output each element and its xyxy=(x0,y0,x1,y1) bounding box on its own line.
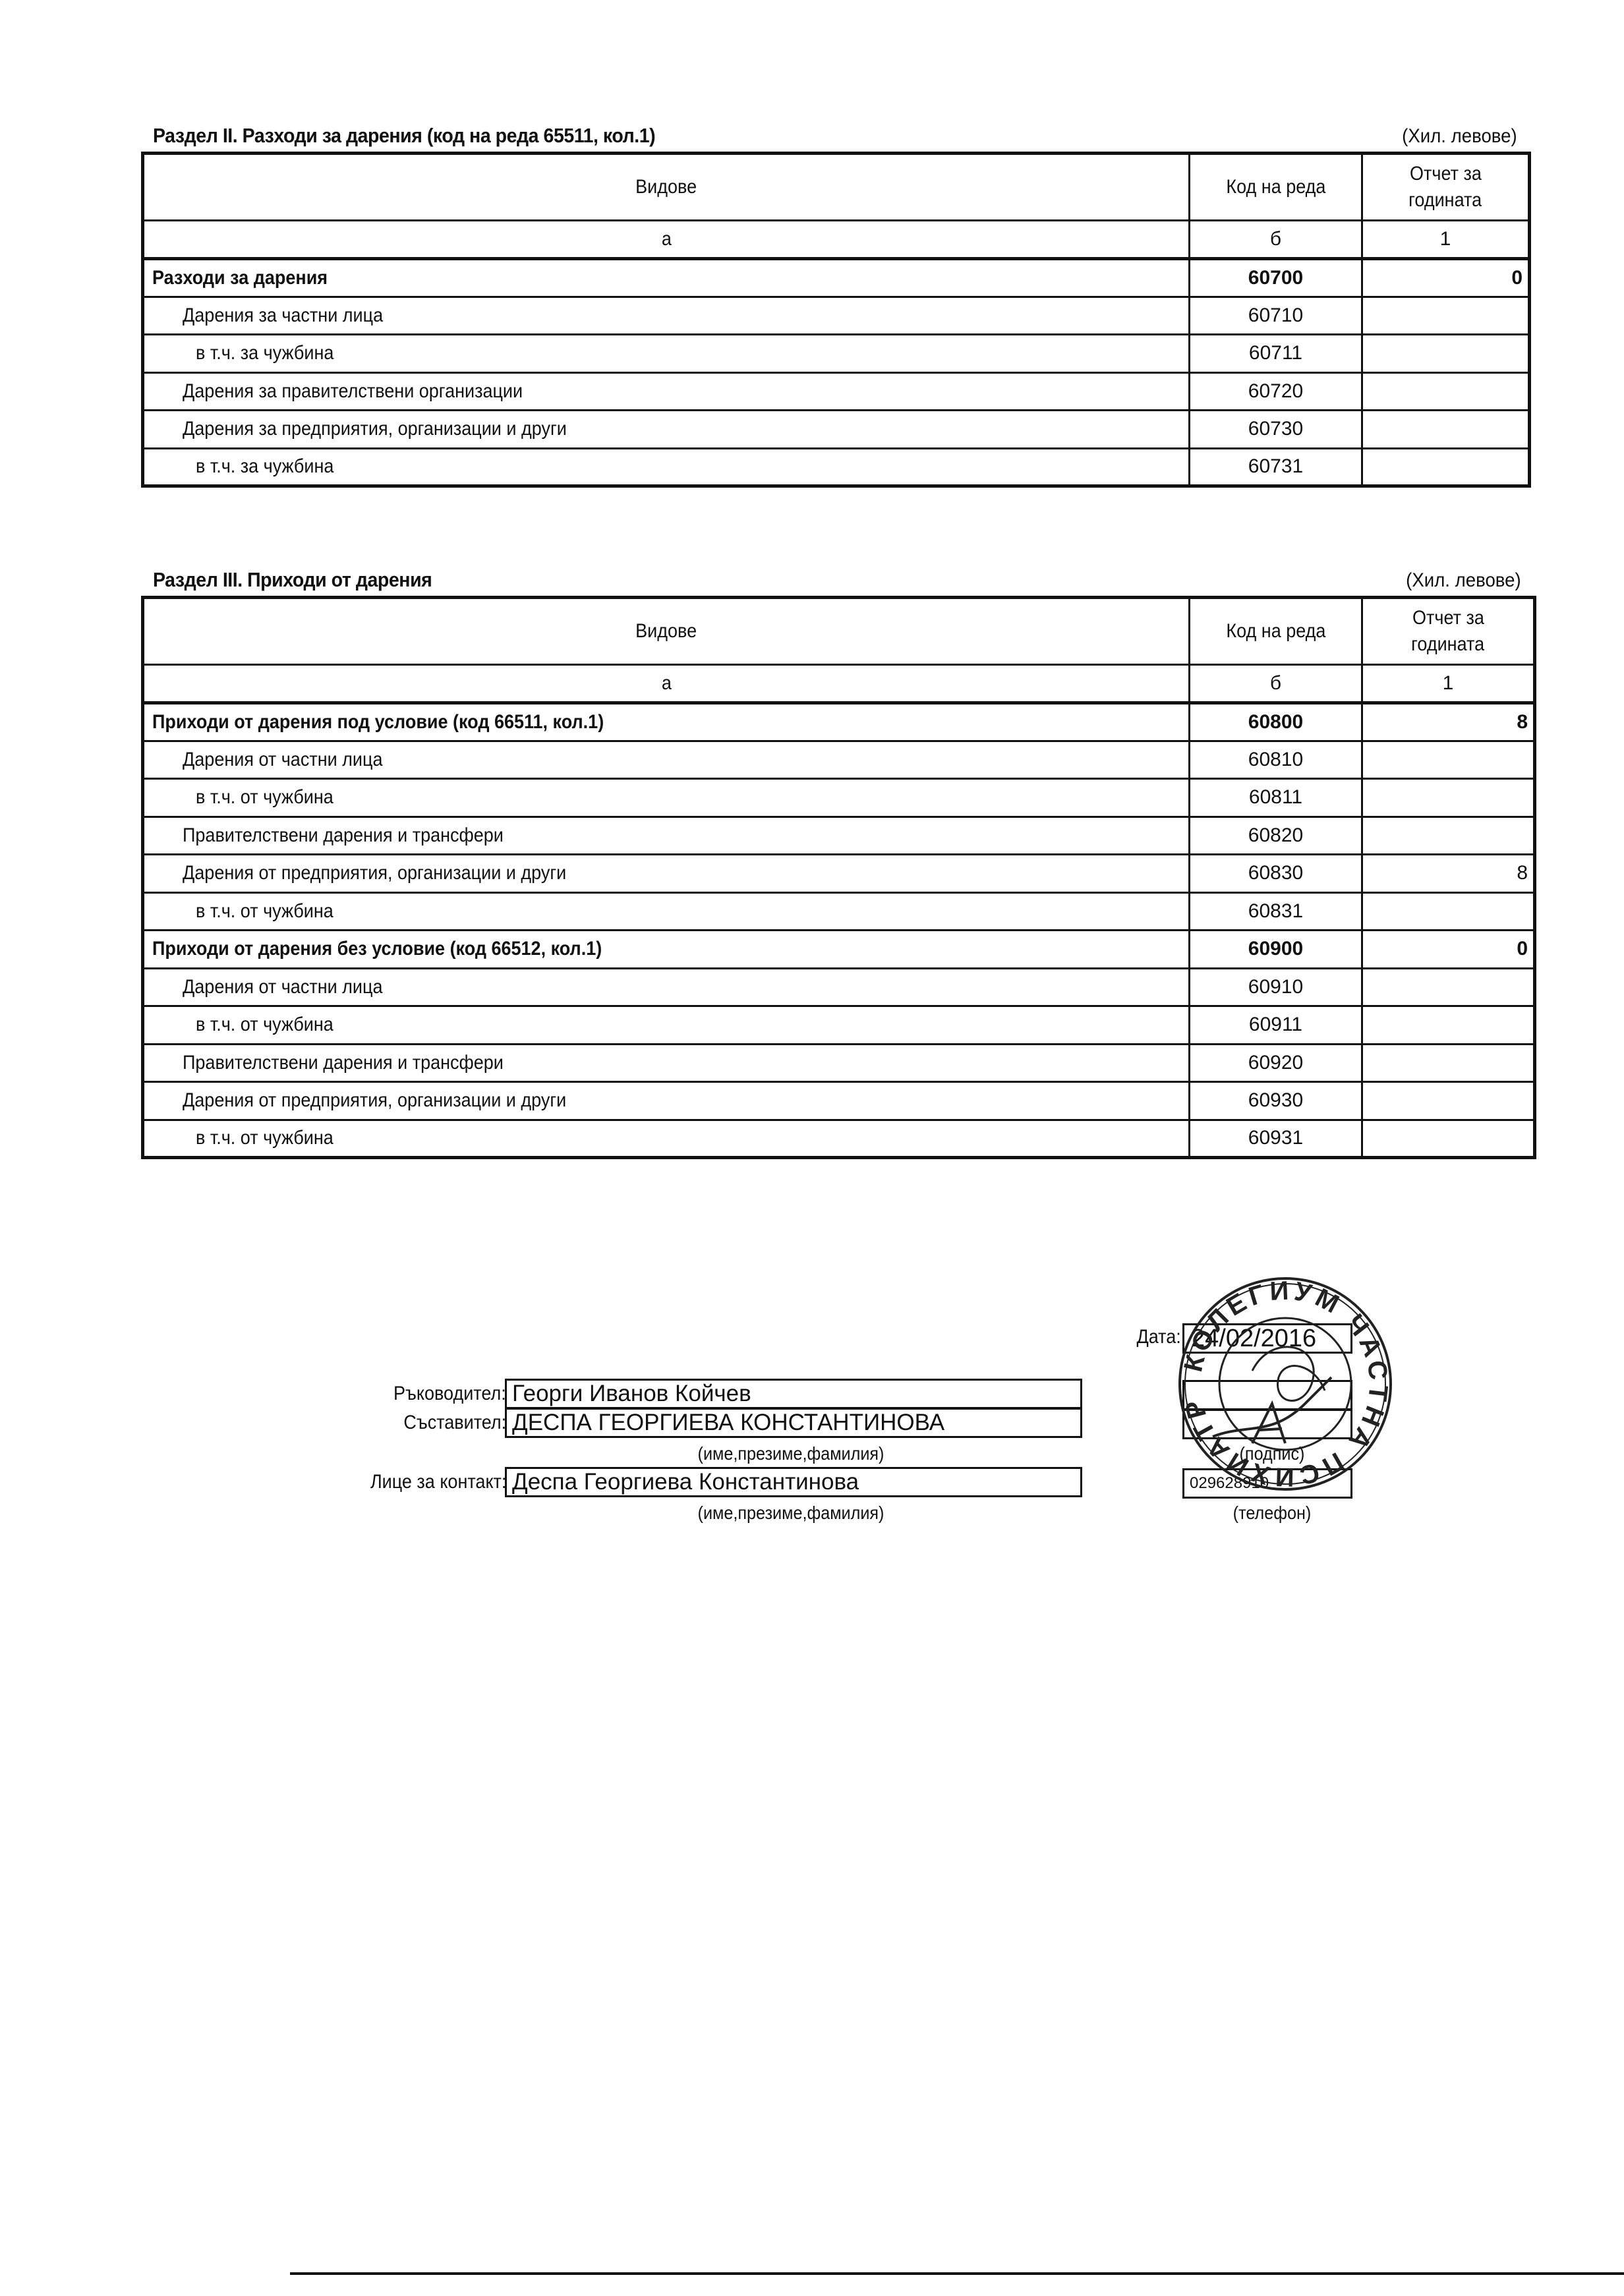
bottom-divider xyxy=(290,2272,1624,2275)
table-row: в т.ч. от чужбина 60831 xyxy=(143,892,1535,931)
row-value xyxy=(1362,1082,1535,1120)
table-row: Дарения от частни лица 60810 xyxy=(143,741,1535,779)
phone-field[interactable]: 029628910 xyxy=(1182,1468,1352,1499)
row-value: 0 xyxy=(1362,259,1530,297)
row-code: 60711 xyxy=(1190,335,1362,373)
row-name: в т.ч. от чужбина xyxy=(196,900,333,923)
row-value: 8 xyxy=(1362,703,1535,741)
row-name: в т.ч. за чужбина xyxy=(196,455,333,478)
column-header-row-code: Код на реда xyxy=(1190,154,1362,221)
manager-field[interactable]: Георги Иванов Койчев xyxy=(505,1379,1082,1409)
row-value: 8 xyxy=(1362,855,1535,893)
table-row: в т.ч. за чужбина 60711 xyxy=(143,335,1530,373)
compiler-field[interactable]: ДЕСПА ГЕОРГИЕВА КОНСТАНТИНОВА xyxy=(505,1408,1082,1438)
column-header-year-report: Отчет загодината xyxy=(1362,598,1535,665)
table-row: Приходи от дарения без условие (код 6651… xyxy=(143,931,1535,969)
row-name: Дарения от частни лица xyxy=(183,976,383,998)
table-row: Правителствени дарения и трансфери 60920 xyxy=(143,1044,1535,1082)
row-value xyxy=(1362,411,1530,449)
row-code: 60831 xyxy=(1190,892,1362,931)
column-header-types: Видове xyxy=(143,598,1190,665)
signature-field-lower[interactable] xyxy=(1182,1409,1352,1439)
section-2-title: Раздел II. Разходи за дарения (код на ре… xyxy=(153,124,655,148)
row-value xyxy=(1362,892,1535,931)
row-value: 0 xyxy=(1362,931,1535,969)
row-code: 60810 xyxy=(1190,741,1362,779)
row-code: 60931 xyxy=(1190,1120,1362,1158)
row-name: Приходи от дарения без условие (код 6651… xyxy=(152,938,602,960)
index-cell-a: а xyxy=(143,221,1190,259)
column-index-row: а б 1 xyxy=(143,221,1530,259)
row-code: 60910 xyxy=(1190,968,1362,1006)
row-value xyxy=(1362,448,1530,486)
column-header-year-report: Отчет загодината xyxy=(1362,154,1530,221)
table-row: Разходи за дарения 60700 0 xyxy=(143,259,1530,297)
row-value xyxy=(1362,1120,1535,1158)
date-field[interactable]: 24/02/2016 xyxy=(1182,1323,1352,1354)
contact-label: Лице за контакт: xyxy=(370,1471,506,1493)
column-header-types: Видове xyxy=(143,154,1190,221)
table-row: в т.ч. от чужбина 60931 xyxy=(143,1120,1535,1158)
row-name: в т.ч. от чужбина xyxy=(196,786,333,809)
row-code: 60710 xyxy=(1190,297,1362,335)
index-cell-b: б xyxy=(1190,221,1362,259)
row-code: 60800 xyxy=(1190,703,1362,741)
table-header-row: Видове Код на реда Отчет загодината xyxy=(143,154,1530,221)
row-code: 60911 xyxy=(1190,1006,1362,1045)
table-row: Дарения за частни лица 60710 xyxy=(143,297,1530,335)
row-value xyxy=(1362,1044,1535,1082)
row-name: Дарения за частни лица xyxy=(183,304,383,327)
row-code: 60930 xyxy=(1190,1082,1362,1120)
contact-person-field[interactable]: Деспа Георгиева Константинова xyxy=(505,1467,1082,1497)
table-row: Дарения от предприятия, организации и др… xyxy=(143,855,1535,893)
row-code: 60900 xyxy=(1190,931,1362,969)
row-value xyxy=(1362,817,1535,855)
row-name: в т.ч. от чужбина xyxy=(196,1127,333,1149)
table-row: в т.ч. от чужбина 60911 xyxy=(143,1006,1535,1045)
index-cell-1: 1 xyxy=(1362,665,1535,703)
row-code: 60700 xyxy=(1190,259,1362,297)
row-name: Приходи от дарения под условие (код 6651… xyxy=(152,711,604,733)
row-value xyxy=(1362,741,1535,779)
table-row: Дарения от частни лица 60910 xyxy=(143,968,1535,1006)
row-name: Дарения за правителствени организации xyxy=(183,380,523,403)
section-2-unit-label: (Хил. левове) xyxy=(1402,125,1517,148)
row-code: 60731 xyxy=(1190,448,1362,486)
index-cell-1: 1 xyxy=(1362,221,1530,259)
table-row: Дарения от предприятия, организации и др… xyxy=(143,1082,1535,1120)
row-value xyxy=(1362,968,1535,1006)
phone-caption: (телефон) xyxy=(1225,1503,1319,1524)
row-name: Дарения от частни лица xyxy=(183,749,383,771)
row-name: Правителствени дарения и трансфери xyxy=(183,1052,504,1074)
manager-label: Ръководител: xyxy=(393,1383,506,1405)
row-name: в т.ч. от чужбина xyxy=(196,1014,333,1036)
row-name: Дарения от предприятия, организации и др… xyxy=(183,862,566,884)
column-index-row: а б 1 xyxy=(143,665,1535,703)
section-3-title: Раздел III. Приходи от дарения xyxy=(153,568,432,592)
row-name: в т.ч. за чужбина xyxy=(196,342,333,364)
row-value xyxy=(1362,779,1535,817)
signature-caption: (подпис) xyxy=(1225,1443,1319,1464)
index-cell-a: а xyxy=(143,665,1190,703)
compiler-name-caption: (име,презиме,фамилия) xyxy=(672,1443,910,1464)
row-code: 60830 xyxy=(1190,855,1362,893)
row-value xyxy=(1362,297,1530,335)
row-name: Дарения от предприятия, организации и др… xyxy=(183,1089,566,1112)
table-row: Дарения за правителствени организации 60… xyxy=(143,372,1530,411)
section-3-table: Видове Код на реда Отчет загодината а б … xyxy=(141,596,1536,1159)
row-name: Разходи за дарения xyxy=(152,267,328,289)
row-code: 60920 xyxy=(1190,1044,1362,1082)
compiler-label: Съставител: xyxy=(403,1412,506,1434)
row-name: Дарения за предприятия, организации и др… xyxy=(183,418,567,440)
table-row: в т.ч. за чужбина 60731 xyxy=(143,448,1530,486)
row-name: Правителствени дарения и трансфери xyxy=(183,824,504,847)
table-row: в т.ч. от чужбина 60811 xyxy=(143,779,1535,817)
row-code: 60720 xyxy=(1190,372,1362,411)
table-row: Правителствени дарения и трансфери 60820 xyxy=(143,817,1535,855)
table-row: Дарения за предприятия, организации и др… xyxy=(143,411,1530,449)
date-label: Дата: xyxy=(1137,1326,1181,1348)
column-header-row-code: Код на реда xyxy=(1190,598,1362,665)
index-cell-b: б xyxy=(1190,665,1362,703)
signature-field[interactable] xyxy=(1182,1380,1352,1410)
row-code: 60730 xyxy=(1190,411,1362,449)
section-3-unit-label: (Хил. левове) xyxy=(1406,569,1521,592)
row-value xyxy=(1362,335,1530,373)
contact-name-caption: (име,презиме,фамилия) xyxy=(672,1503,910,1524)
table-header-row: Видове Код на реда Отчет загодината xyxy=(143,598,1535,665)
table-row: Приходи от дарения под условие (код 6651… xyxy=(143,703,1535,741)
row-code: 60811 xyxy=(1190,779,1362,817)
row-value xyxy=(1362,372,1530,411)
row-value xyxy=(1362,1006,1535,1045)
row-code: 60820 xyxy=(1190,817,1362,855)
section-2-table: Видове Код на реда Отчет загодината а б … xyxy=(141,152,1531,488)
